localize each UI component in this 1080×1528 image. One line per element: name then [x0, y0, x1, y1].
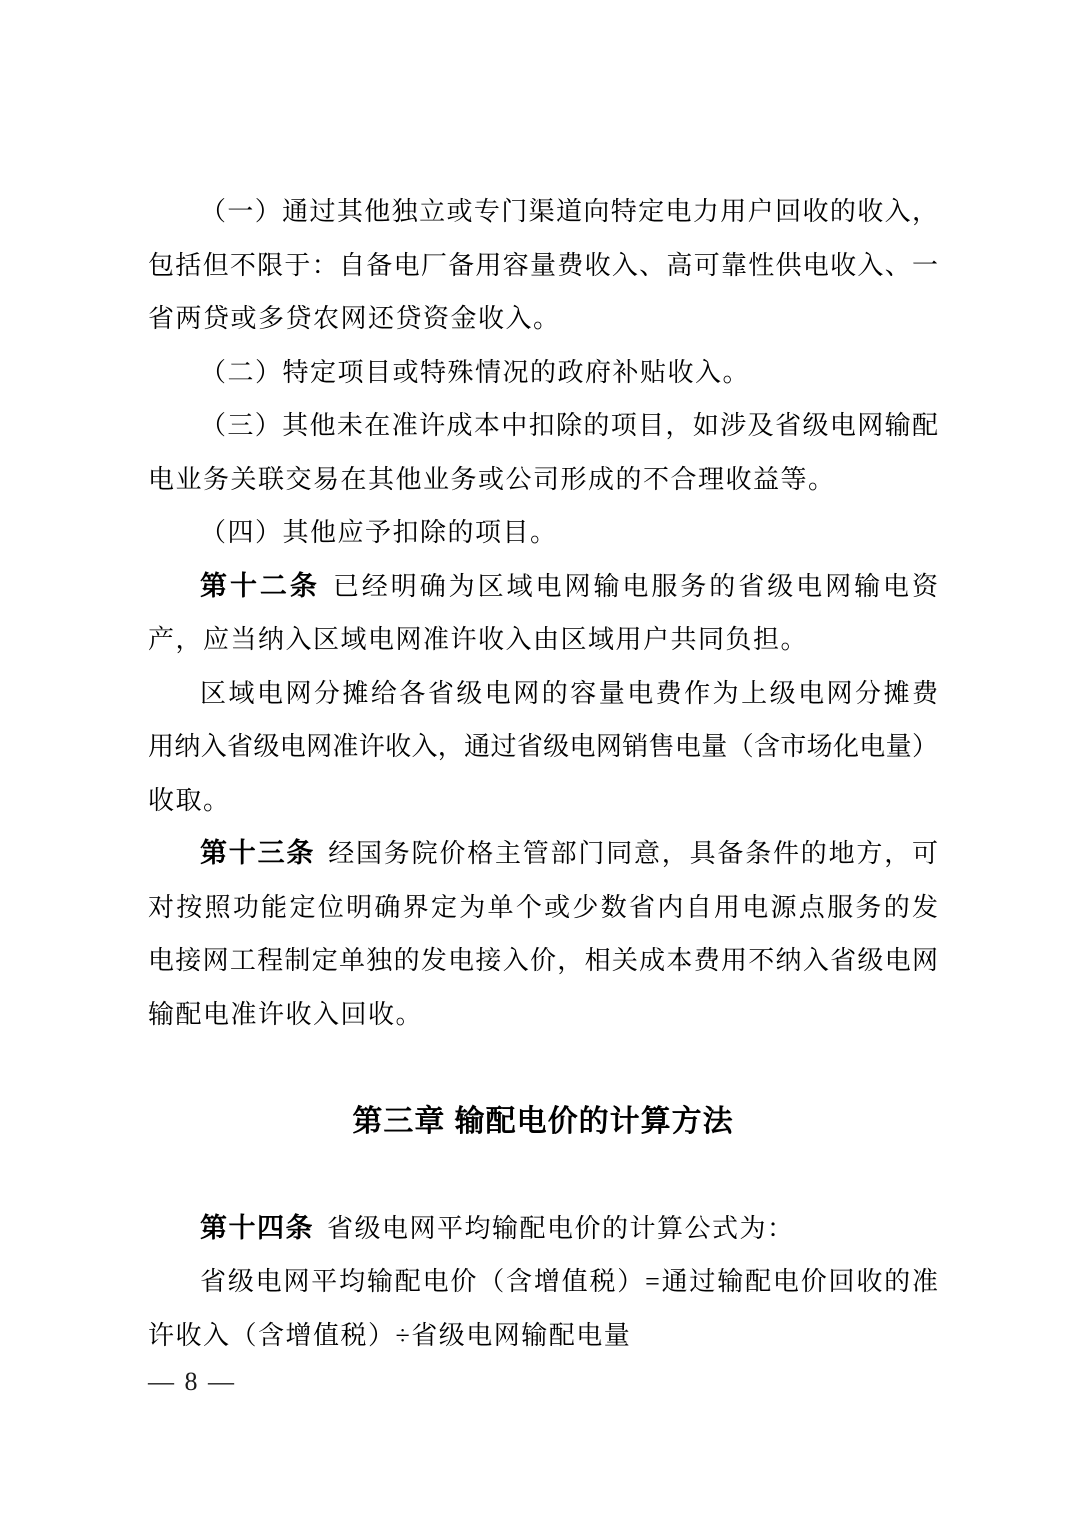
- blank-line: [148, 1041, 938, 1095]
- article-number: 第十三条: [200, 838, 315, 868]
- text-line: （一）通过其他独立或专门渠道向特定电力用户回收的收入，: [148, 185, 938, 239]
- text-line: 对按照功能定位明确界定为单个或少数省内自用电源点服务的发: [148, 881, 938, 935]
- text-line: 省两贷或多贷农网还贷资金收入。: [148, 292, 938, 346]
- text-line: 第十二条已经明确为区域电网输电服务的省级电网输电资: [148, 560, 938, 614]
- text-line: 用纳入省级电网准许收入，通过省级电网销售电量（含市场化电量）: [148, 720, 938, 774]
- text-line: 电接网工程制定单独的发电接入价，相关成本费用不纳入省级电网: [148, 934, 938, 988]
- text-line: 区域电网分摊给各省级电网的容量电费作为上级电网分摊费: [148, 667, 938, 721]
- article-number: 第十二条: [200, 571, 320, 601]
- document-page: （一）通过其他独立或专门渠道向特定电力用户回收的收入，包括但不限于：自备电厂备用…: [0, 0, 1080, 1528]
- text-line: （三）其他未在准许成本中扣除的项目，如涉及省级电网输配: [148, 399, 938, 453]
- text-line: 许收入（含增值税）÷省级电网输配电量: [148, 1309, 938, 1363]
- text-line: 省级电网平均输配电价（含增值税）=通过输配电价回收的准: [148, 1255, 938, 1309]
- text-line: 第十四条省级电网平均输配电价的计算公式为：: [148, 1202, 938, 1256]
- text-line: （四）其他应予扣除的项目。: [148, 506, 938, 560]
- chapter-heading: 第三章 输配电价的计算方法: [148, 1095, 938, 1149]
- blank-line: [148, 1148, 938, 1202]
- text-line: （二）特定项目或特殊情况的政府补贴收入。: [148, 346, 938, 400]
- text-line: 输配电准许收入回收。: [148, 988, 938, 1042]
- article-number: 第十四条: [200, 1213, 314, 1243]
- text-line: 产，应当纳入区域电网准许收入由区域用户共同负担。: [148, 613, 938, 667]
- page-number: — 8 —: [148, 1368, 236, 1396]
- text-line: 第十三条经国务院价格主管部门同意，具备条件的地方，可: [148, 827, 938, 881]
- text-line: 收取。: [148, 774, 938, 828]
- text-line: 包括但不限于：自备电厂备用容量费收入、高可靠性供电收入、一: [148, 239, 938, 293]
- document-content: （一）通过其他独立或专门渠道向特定电力用户回收的收入，包括但不限于：自备电厂备用…: [148, 185, 938, 1362]
- text-line: 电业务关联交易在其他业务或公司形成的不合理收益等。: [148, 453, 938, 507]
